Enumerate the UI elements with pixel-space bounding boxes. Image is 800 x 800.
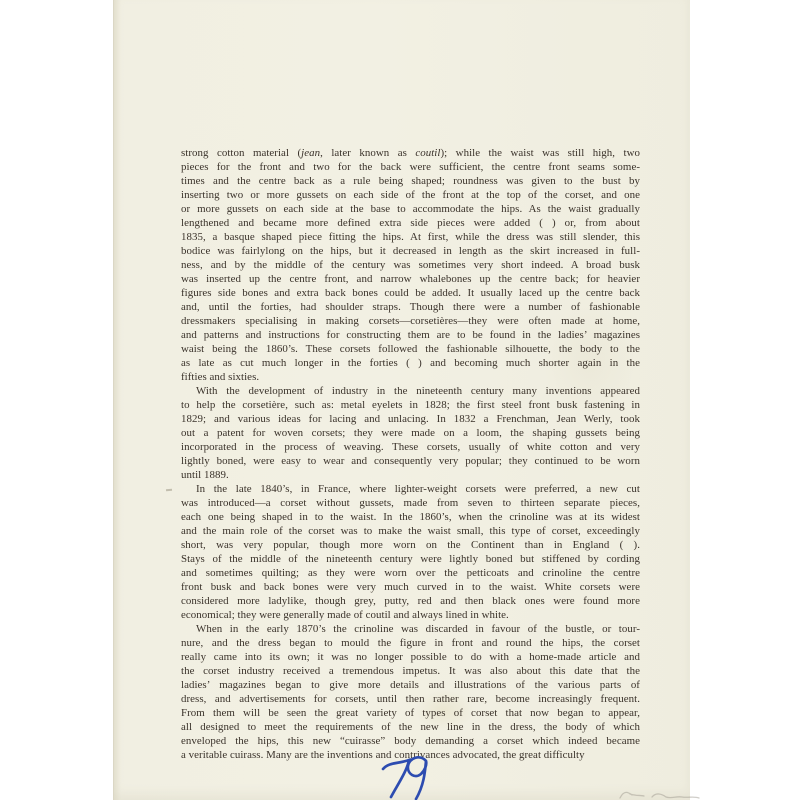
text-line: pieces for the front and two for the bac…: [181, 160, 640, 174]
text-line: or more gussets on each side at the base…: [181, 202, 640, 216]
text-line: lengthened and became more defined extra…: [181, 216, 640, 230]
text-line: and sometimes quilting; as they were wor…: [181, 566, 640, 580]
text-line: figures side bones and extra back bones …: [181, 286, 640, 300]
text-line: to help the corsetière, such as: metal e…: [181, 398, 640, 412]
text-line: as late as cut much longer in the fortie…: [181, 356, 640, 370]
text-line: inserting two or more gussets on each si…: [181, 188, 640, 202]
text-line: incorporated in the process of weaving. …: [181, 440, 640, 454]
text-line: When in the early 1870’s the crinoline w…: [181, 622, 640, 636]
text-line: bodice was fairlylong on the hips, but i…: [181, 244, 640, 258]
text-line: enveloped the hips, this new “cuirasse” …: [181, 734, 640, 748]
text-line: From them will be seen the great variety…: [181, 706, 640, 720]
text-line: fifties and sixties.: [181, 370, 640, 384]
text-line: lightly boned, were easy to wear and con…: [181, 454, 640, 468]
text-line: nure, and the dress began to mould the f…: [181, 636, 640, 650]
text-line: really came into its own; it was no long…: [181, 650, 640, 664]
text-line: short, was very popular, though more wor…: [181, 538, 640, 552]
digit-7-stroke: [383, 760, 409, 797]
text-line: considered more ladylike, though grey, p…: [181, 594, 640, 608]
text-line: dress, and advertisements for corsets, u…: [181, 692, 640, 706]
paragraph: With the development of industry in the …: [181, 384, 640, 482]
text-line: each one being shaped in to the waist. I…: [181, 510, 640, 524]
text-line: economical; they were generally made of …: [181, 608, 640, 622]
margin-pencil-dash: [166, 489, 172, 491]
text-line: With the development of industry in the …: [181, 384, 640, 398]
text-line: until 1889.: [181, 468, 640, 482]
text-line: dressmakers specialising in making corse…: [181, 314, 640, 328]
text-line: and the main role of the corset was to m…: [181, 524, 640, 538]
text-line: all designed to meet the requirements of…: [181, 720, 640, 734]
text-line: times and the centre back as a rule bein…: [181, 174, 640, 188]
text-line: was inserted up the centre front, and na…: [181, 272, 640, 286]
text-block: strong cotton material (jean, later know…: [181, 146, 640, 762]
text-line: 1829; and various ideas for lacing and u…: [181, 412, 640, 426]
text-line: 1835, a basque shaped piece fitting the …: [181, 230, 640, 244]
text-line: strong cotton material (jean, later know…: [181, 146, 640, 160]
text-line: out a patent for woven corsets; they wer…: [181, 426, 640, 440]
paragraph: strong cotton material (jean, later know…: [181, 146, 640, 384]
digit-9-stroke: [408, 757, 426, 799]
text-line: was introduced—a corset without gussets,…: [181, 496, 640, 510]
text-line: and patterns and instructions for constr…: [181, 328, 640, 342]
paragraph: In the late 1840’s, in France, where lig…: [181, 482, 640, 622]
text-line: the corset industry received a tremendou…: [181, 664, 640, 678]
scanned-page: strong cotton material (jean, later know…: [113, 0, 690, 800]
text-line: and, until the forties, had shoulder str…: [181, 300, 640, 314]
paragraph: When in the early 1870’s the crinoline w…: [181, 622, 640, 762]
text-line: front busk and back bones were very much…: [181, 580, 640, 594]
text-line: Stays of the middle of the nineteenth ce…: [181, 552, 640, 566]
text-line: waist being the 1860’s. These corsets fo…: [181, 342, 640, 356]
scan-background: strong cotton material (jean, later know…: [0, 0, 800, 800]
text-line: ness, and by the middle of the century w…: [181, 258, 640, 272]
text-line: In the late 1840’s, in France, where lig…: [181, 482, 640, 496]
handwritten-page-number: [379, 752, 437, 800]
text-line: ladies’ magazines began to give more det…: [181, 678, 640, 692]
pencil-scrawl-mark: [616, 786, 702, 800]
